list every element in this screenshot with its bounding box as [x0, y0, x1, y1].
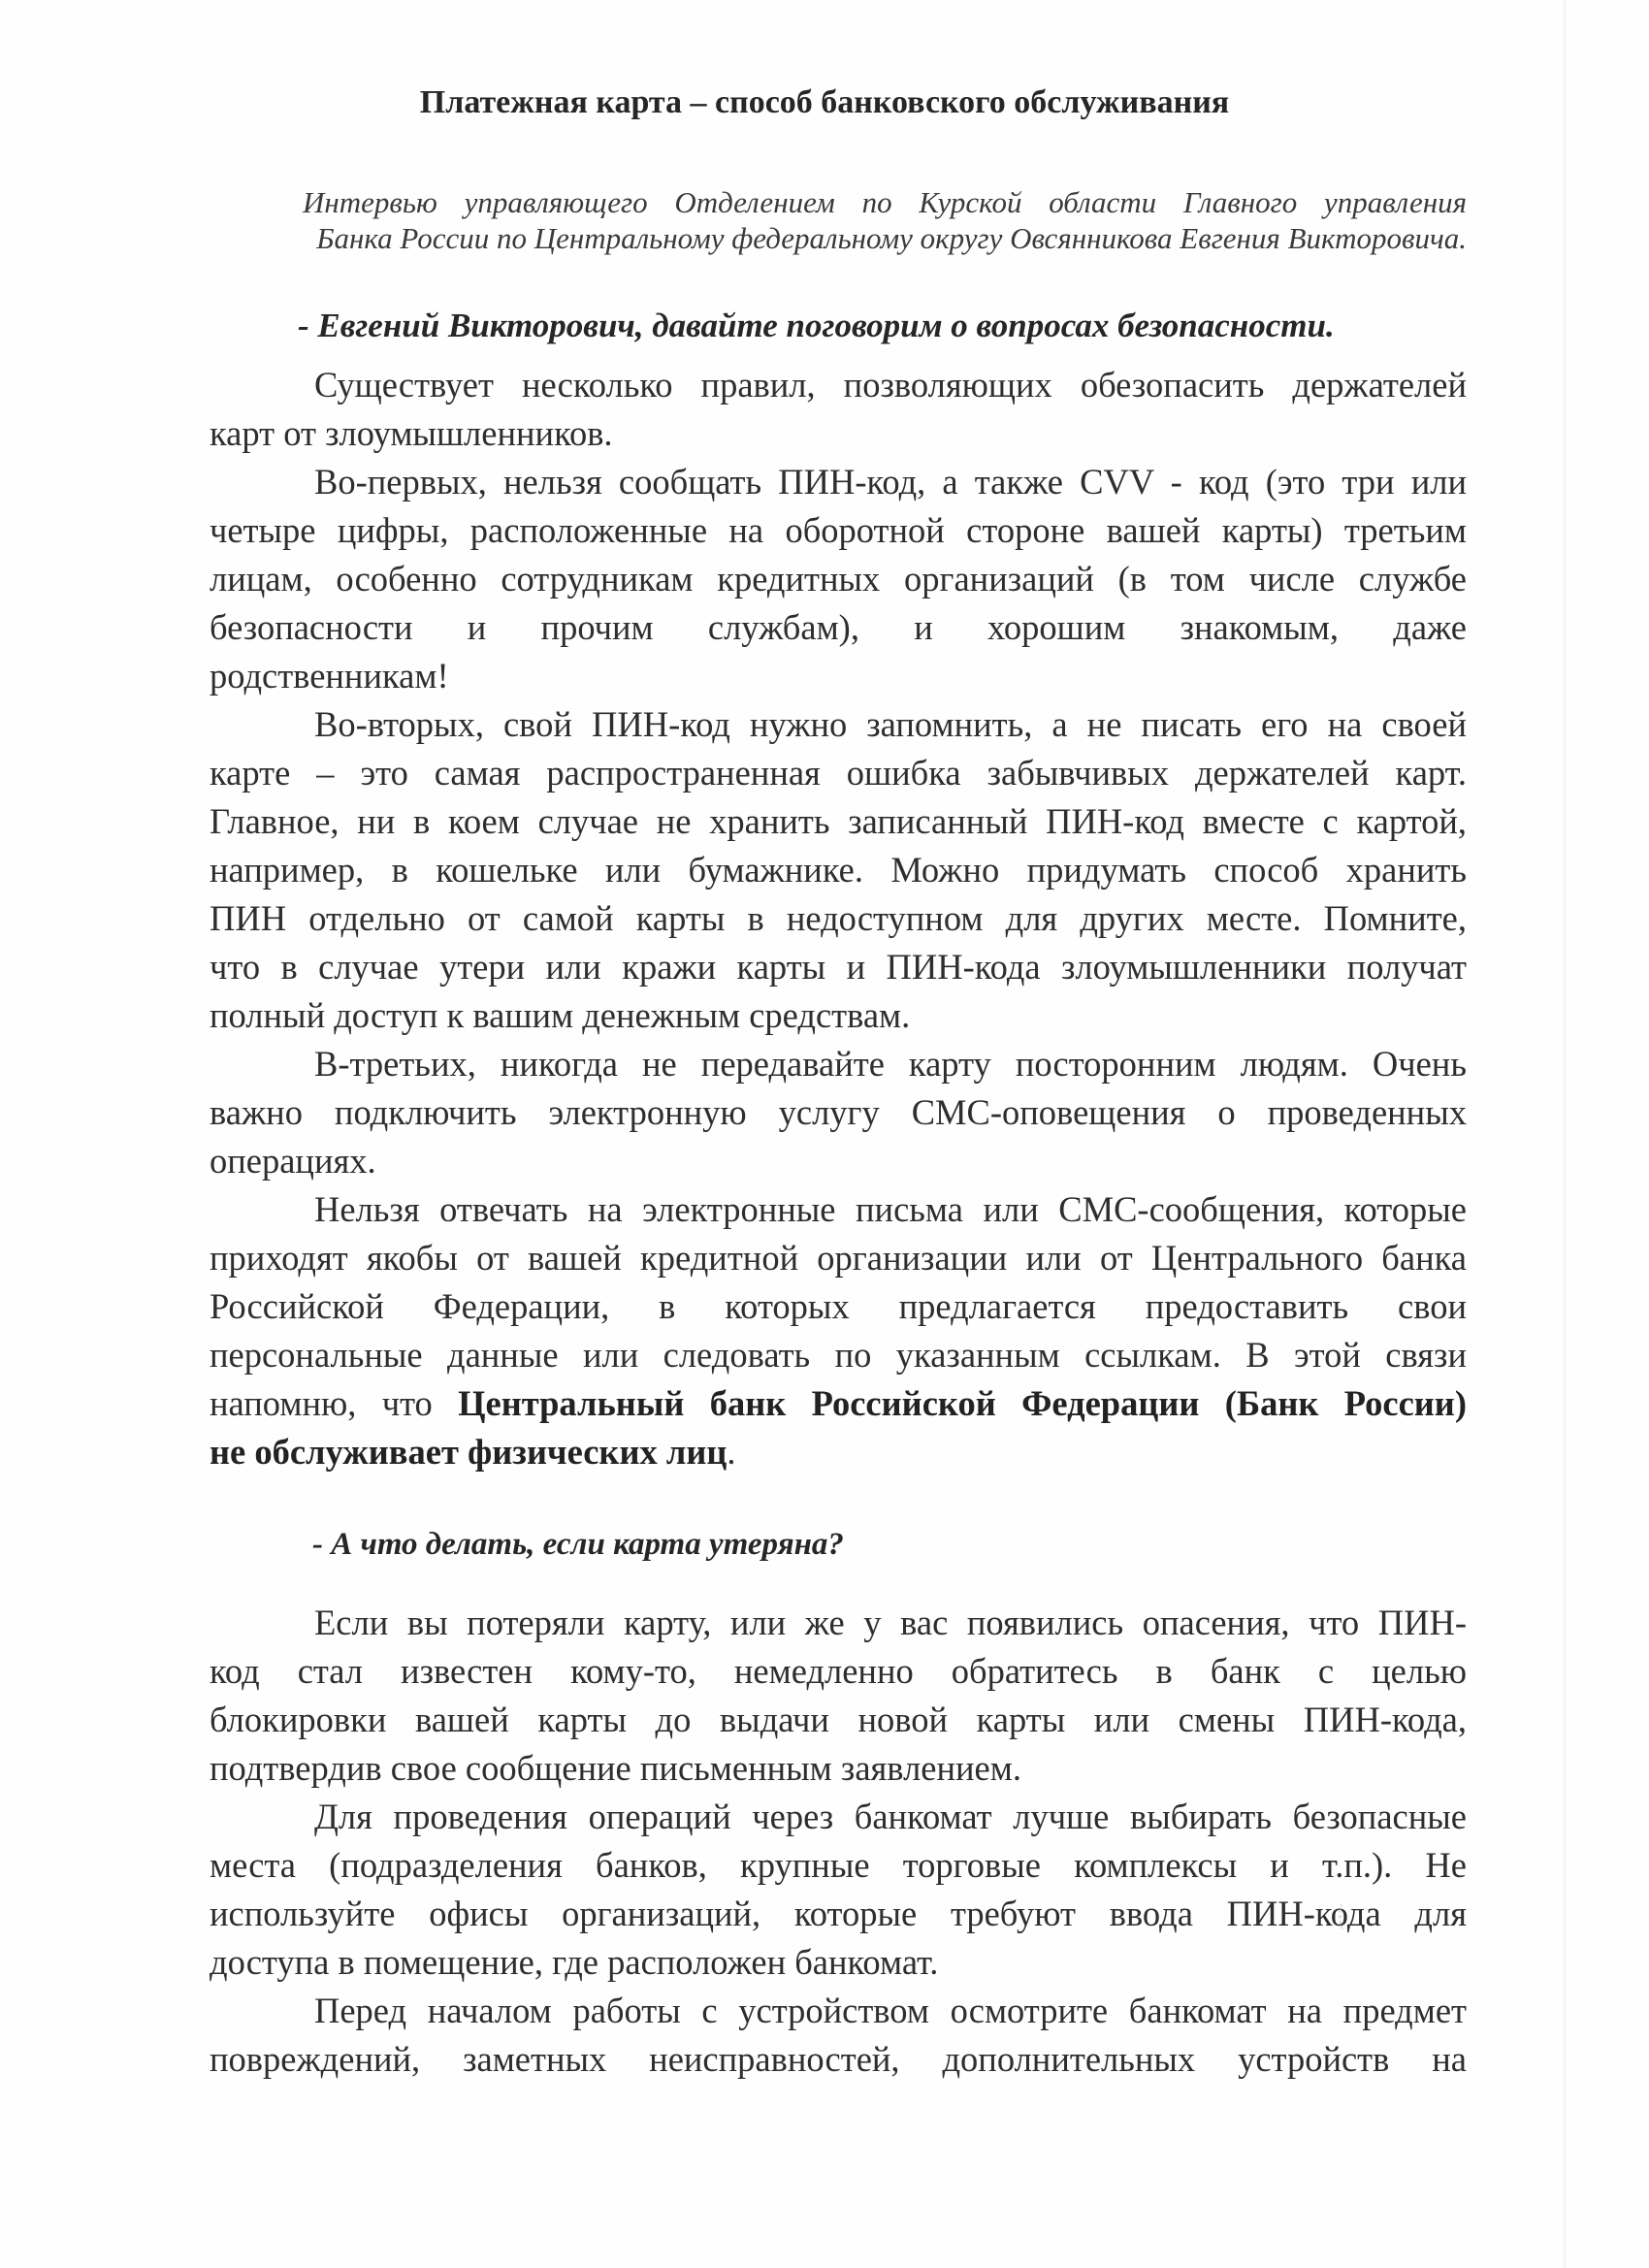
text-line: подтвердив свое сообщение письменным зая…: [210, 1744, 1467, 1793]
text-line: что в случае утери или кражи карты и ПИН…: [210, 943, 1467, 991]
subtitle-line-2: Банка России по Центральному федеральном…: [206, 220, 1467, 256]
text-line: ПИН отдельно от самой карты в недоступно…: [210, 894, 1467, 943]
text-line: родственникам!: [210, 652, 1467, 700]
text-line: доступа в помещение, где расположен банк…: [210, 1938, 1467, 1987]
text-line: Во-вторых, свой ПИН-код нужно запомнить,…: [210, 700, 1467, 749]
text-line: персональные данные или следовать по ука…: [210, 1331, 1467, 1379]
text-fragment: напомню, что: [210, 1383, 458, 1423]
scan-edge: [1564, 0, 1566, 2268]
text-line: например, в кошельке или бумажнике. Можн…: [210, 846, 1467, 894]
text-line: четыре цифры, расположенные на оборотной…: [210, 506, 1467, 555]
text-line: приходят якобы от вашей кредитной органи…: [210, 1234, 1467, 1282]
text-line: карте – это самая распространенная ошибк…: [210, 749, 1467, 797]
text-line: блокировки вашей карты до выдачи новой к…: [210, 1696, 1467, 1744]
bold-statement: не обслуживает физических лиц: [210, 1432, 727, 1472]
text-line: операциях.: [210, 1137, 1467, 1185]
text-line: Для проведения операций через банкомат л…: [210, 1793, 1467, 1841]
text-line: Во-первых, нельзя сообщать ПИН-код, а та…: [210, 458, 1467, 506]
paper-stain: [1339, 1901, 1349, 1930]
text-line: Нельзя отвечать на электронные письма ил…: [210, 1185, 1467, 1234]
text-line: код стал известен кому-то, немедленно об…: [210, 1647, 1467, 1696]
document-page: Платежная карта – способ банковского обс…: [0, 0, 1649, 2268]
text-line: используйте офисы организаций, которые т…: [210, 1890, 1467, 1938]
text-line: Российской Федерации, в которых предлага…: [210, 1282, 1467, 1331]
document-title: Платежная карта – способ банковского обс…: [0, 81, 1649, 124]
text-line: Если вы потеряли карту, или же у вас поя…: [210, 1599, 1467, 1647]
question-lost-card: - А что делать, если карта утеряна?: [312, 1523, 844, 1566]
text-line: карт от злоумышленников.: [210, 409, 1467, 458]
text-line: Существует несколько правил, позволяющих…: [210, 361, 1467, 409]
text-line: В-третьих, никогда не передавайте карту …: [210, 1040, 1467, 1088]
subtitle-line-1: Интервью управляющего Отделением по Курс…: [206, 184, 1467, 220]
question-security: - Евгений Викторович, давайте поговорим …: [298, 305, 1335, 347]
text-line: лицам, особенно сотрудникам кредитных ор…: [210, 555, 1467, 603]
text-line: повреждений, заметных неисправностей, до…: [210, 2035, 1467, 2084]
text-line: Перед началом работы с устройством осмот…: [210, 1987, 1467, 2035]
text-line: Главное, ни в коем случае не хранить зап…: [210, 797, 1467, 846]
text-line: важно подключить электронную услугу СМС-…: [210, 1088, 1467, 1137]
text-line-emphasis: не обслуживает физических лиц.: [210, 1428, 1467, 1476]
text-line: места (подразделения банков, крупные тор…: [210, 1841, 1467, 1890]
section-lost-card-body: Если вы потеряли карту, или же у вас поя…: [210, 1599, 1467, 2084]
section-security-body: Существует несколько правил, позволяющих…: [210, 361, 1467, 1476]
bold-statement: Центральный банк Российской Федерации (Б…: [458, 1383, 1467, 1423]
text-line: полный доступ к вашим денежным средствам…: [210, 991, 1467, 1040]
interview-subtitle: Интервью управляющего Отделением по Курс…: [206, 184, 1467, 256]
text-line: безопасности и прочим службам), и хороши…: [210, 603, 1467, 652]
text-line-emphasis: напомню, что Центральный банк Российской…: [210, 1379, 1467, 1428]
text-fragment: .: [727, 1432, 735, 1472]
